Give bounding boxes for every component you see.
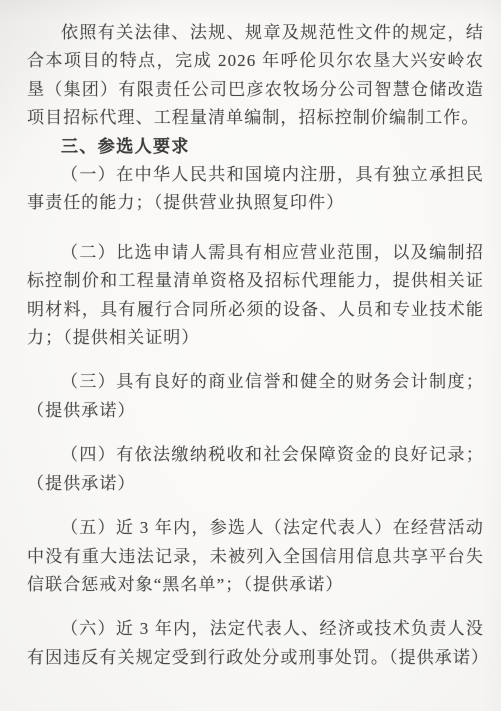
section-heading-participant-requirements: 三、参选人要求 [27, 133, 484, 161]
requirement-item-3: （三）具有良好的商业信誉和健全的财务会计制度；（提供承诺） [27, 368, 484, 425]
requirement-item-4: （四）有依法缴纳税收和社会保障资金的良好记录；（提供承诺） [27, 441, 484, 498]
intro-paragraph: 依照有关法律、法规、规章及规范性文件的规定，结合本项目的特点，完成 2026 年… [27, 19, 484, 133]
scanned-document-page: 依照有关法律、法规、规章及规范性文件的规定，结合本项目的特点，完成 2026 年… [0, 0, 501, 711]
requirement-item-1: （一）在中华人民共和国境内注册，具有独立承担民事责任的能力；（提供营业执照复印件… [27, 161, 484, 218]
requirement-item-6: （六）近 3 年内，法定代表人、经济或技术负责人没有因违反有关规定受到行政处分或… [27, 615, 484, 672]
requirement-item-5: （五）近 3 年内，参选人（法定代表人）在经营活动中没有重大违法记录，未被列入全… [27, 514, 484, 599]
requirement-item-2: （二）比选申请人需具有相应营业范围，以及编制招标控制价和工程量清单资格及招标代理… [27, 239, 484, 353]
